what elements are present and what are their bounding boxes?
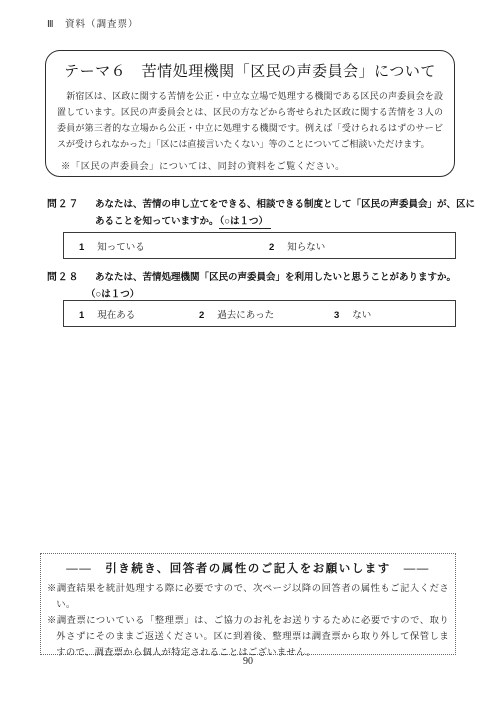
question-28-option-1: 1現在ある xyxy=(79,307,135,321)
question-27-circle-note: （○は１つ） xyxy=(219,216,272,229)
question-27-option-1: 1知っている xyxy=(79,239,145,253)
footer-heading: ―― 引き続き、回答者の属性のご記入をお願いします ―― xyxy=(41,560,455,576)
question-28-options-box: 1現在ある 2過去にあった 3ない xyxy=(63,300,456,327)
option-label: 現在ある xyxy=(97,310,135,321)
option-label: 知らない xyxy=(287,242,325,253)
footer-note-1: ※調査結果を統計処理する際に必要ですので、次ページ以降の回答者の属性もご記入くだ… xyxy=(47,581,449,613)
survey-page: { "page": { "section_header": "Ⅲ 資料（調査票）… xyxy=(0,0,496,702)
question-27-text: あなたは、苦情の申し立てをできる、相談できる制度として「区民の声委員会」が、区に… xyxy=(95,196,475,230)
question-28: 問２８ あなたは、苦情処理機関「区民の声委員会」を利用したいと思うことがあります… xyxy=(47,269,456,303)
footer-note-2: ※調査票についている「整理票」は、ご協力のお礼をお送りするために必要ですので、取… xyxy=(47,613,449,661)
option-number: 1 xyxy=(79,242,84,253)
option-label: 知っている xyxy=(97,242,145,253)
page-number: 90 xyxy=(0,656,496,667)
question-28-label: 問２８ xyxy=(47,269,85,303)
question-27-line2: あることを知っていますか。（○は１つ） xyxy=(95,213,475,230)
theme-description: 新宿区は、区政に関する苦情を公正・中立な立場で処理する機関である区民の声委員会を… xyxy=(57,88,443,152)
theme-box: テーマ６ 苦情処理機関「区民の声委員会」について 新宿区は、区政に関する苦情を公… xyxy=(45,50,455,177)
option-number: 3 xyxy=(334,310,339,321)
option-label: ない xyxy=(352,310,371,321)
question-28-text: あなたは、苦情処理機関「区民の声委員会」を利用したいと思うことがありますか。 （… xyxy=(95,269,456,303)
option-number: 2 xyxy=(269,242,274,253)
question-27-label: 問２７ xyxy=(47,196,85,230)
option-number: 2 xyxy=(199,310,204,321)
theme-title: テーマ６ 苦情処理機関「区民の声委員会」について xyxy=(46,60,454,81)
footer-notes: ※調査結果を統計処理する際に必要ですので、次ページ以降の回答者の属性もご記入くだ… xyxy=(47,581,449,661)
question-27-options-box: 1知っている 2知らない xyxy=(63,232,456,259)
question-27-line1: あなたは、苦情の申し立てをできる、相談できる制度として「区民の声委員会」が、区に xyxy=(95,196,475,213)
section-header: Ⅲ 資料（調査票） xyxy=(47,16,139,30)
question-27-option-2: 2知らない xyxy=(269,239,325,253)
theme-note: ※「区民の声委員会」については、同封の資料をご覧ください。 xyxy=(61,158,454,172)
question-27: 問２７ あなたは、苦情の申し立てをできる、相談できる制度として「区民の声委員会」… xyxy=(47,196,475,230)
question-28-option-2: 2過去にあった xyxy=(199,307,274,321)
footer-notice-box: ―― 引き続き、回答者の属性のご記入をお願いします ―― ※調査結果を統計処理す… xyxy=(40,553,456,655)
option-number: 1 xyxy=(79,310,84,321)
option-label: 過去にあった xyxy=(217,310,274,321)
question-27-line2-text: あることを知っていますか。 xyxy=(95,216,219,227)
question-28-line1: あなたは、苦情処理機関「区民の声委員会」を利用したいと思うことがありますか。 xyxy=(95,269,456,286)
question-28-option-3: 3ない xyxy=(334,307,371,321)
